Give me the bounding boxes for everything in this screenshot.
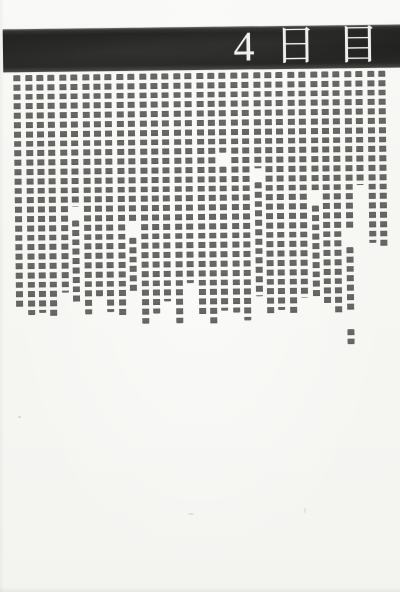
redacted-text-column [129,238,137,292]
redacted-text-column [264,72,274,316]
redacted-text-column [311,206,319,300]
chapter-title: 4日目 [233,22,399,72]
redacted-text-column [82,74,92,314]
redacted-text-column [13,75,23,308]
redacted-text-column [346,247,354,313]
redacted-text-column [59,75,69,293]
redacted-text-column [162,73,172,301]
redacted-text-column [367,71,376,243]
scan-skew-layer: 4日目 [0,0,400,592]
text-block [0,71,400,376]
redacted-text-column [355,71,363,185]
redacted-text-column [139,74,149,324]
redacted-text-column [173,73,183,323]
redacted-text-column [276,72,286,310]
page-edge-shadow [0,587,400,592]
redacted-text-column [321,71,331,306]
redacted-text-column [253,72,261,168]
redacted-text-column [241,72,251,320]
redacted-text-column [347,329,354,344]
redacted-text-column [378,71,387,249]
redacted-text-column [230,73,240,313]
redacted-text-column [287,72,297,315]
redacted-text-column [344,71,353,229]
redacted-text-column [72,220,80,302]
chapter-banner: 4日目 [3,24,400,72]
redacted-text-column [36,75,46,313]
redacted-text-column [207,73,217,327]
redacted-text-column [333,71,343,314]
redacted-text-column [116,74,126,318]
redacted-text-column [184,73,194,283]
redacted-text-column [220,167,229,311]
redacted-text-column [310,72,318,192]
redacted-text-column [150,74,160,314]
redacted-text-column [25,75,35,315]
redacted-text-column [105,74,115,312]
scan-speck [18,416,21,418]
redacted-text-column [196,73,206,317]
page-edge-shadow [0,0,4,592]
redacted-text-column [219,73,227,153]
scan-speck [188,513,194,515]
redacted-text-column [127,74,136,224]
redacted-text-column [48,75,58,319]
redacted-text-column [70,74,79,206]
redacted-text-column [93,74,103,296]
scan-speck [304,508,306,513]
redacted-text-column [254,182,262,296]
scanned-page: 4日目 [0,0,400,592]
redacted-text-column [298,72,308,298]
